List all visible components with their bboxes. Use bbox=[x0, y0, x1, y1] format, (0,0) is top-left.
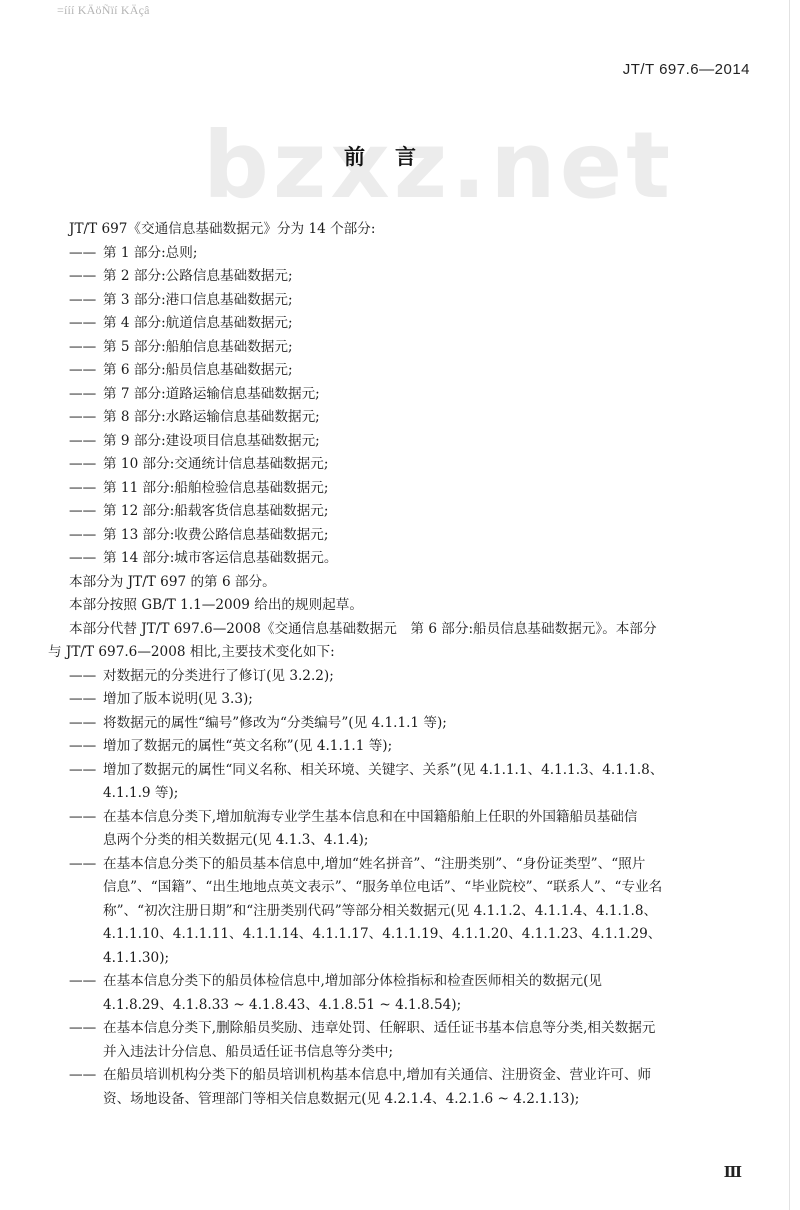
part-label: 第 6 部分:船员信息基础数据元; bbox=[103, 362, 293, 378]
scan-header-garble: =ííí KÄöÑïí KÄçâ bbox=[57, 3, 150, 18]
part-label: 第 3 部分:港口信息基础数据元; bbox=[103, 292, 293, 308]
em-dash-bullet: —— bbox=[69, 547, 103, 571]
change-text: 4.1.1.30); bbox=[103, 950, 169, 966]
change-text: 在基本信息分类下的船员体检信息中,增加部分体检指标和检查医师相关的数据元(见 bbox=[103, 973, 602, 989]
change-list-item: ——在基本信息分类下,增加航海专业学生基本信息和在中国籍船舶上任职的外国籍船员基… bbox=[69, 806, 749, 830]
em-dash-bullet: —— bbox=[69, 242, 103, 266]
change-list-item: ——将数据元的属性“编号”修改为“分类编号”(见 4.1.1.1 等); bbox=[69, 712, 749, 736]
part-list-item: ——第 3 部分:港口信息基础数据元; bbox=[69, 289, 749, 313]
page-title: 前言 bbox=[0, 141, 790, 171]
em-dash-bullet: —— bbox=[69, 735, 103, 759]
replaces-statement-line2: 与 JT/T 697.6—2008 相比,主要技术变化如下: bbox=[48, 641, 749, 665]
document-body: JT/T 697《交通信息基础数据元》分为 14 个部分: ——第 1 部分:总… bbox=[69, 218, 749, 1111]
change-list-item-continuation: 4.1.1.30); bbox=[69, 947, 749, 971]
em-dash-bullet: —— bbox=[69, 1064, 103, 1088]
part-label: 第 8 部分:水路运输信息基础数据元; bbox=[103, 409, 320, 425]
replaces-statement-line1: 本部分代替 JT/T 697.6—2008《交通信息基础数据元 第 6 部分:船… bbox=[69, 618, 749, 642]
part-list-item: ——第 14 部分:城市客运信息基础数据元。 bbox=[69, 547, 749, 571]
change-text: 在基本信息分类下的船员基本信息中,增加“姓名拼音”、“注册类别”、“身份证类型”… bbox=[103, 856, 645, 872]
change-text: 4.1.8.29、4.1.8.33 ~ 4.1.8.43、4.1.8.51 ~ … bbox=[103, 997, 461, 1013]
change-list-item-continuation: 息两个分类的相关数据元(见 4.1.3、4.1.4); bbox=[69, 829, 749, 853]
em-dash-bullet: —— bbox=[69, 524, 103, 548]
change-text: 4.1.1.9 等); bbox=[103, 785, 178, 801]
em-dash-bullet: —— bbox=[69, 289, 103, 313]
change-list-item: ——在基本信息分类下,删除船员奖励、违章处罚、任解职、适任证书基本信息等分类,相… bbox=[69, 1017, 749, 1041]
change-list-item-continuation: 4.1.1.9 等); bbox=[69, 782, 749, 806]
part-list-item: ——第 7 部分:道路运输信息基础数据元; bbox=[69, 383, 749, 407]
change-list-item: ——在基本信息分类下的船员体检信息中,增加部分体检指标和检查医师相关的数据元(见 bbox=[69, 970, 749, 994]
change-list-item-continuation: 称”、“初次注册日期”和“注册类别代码”等部分相关数据元(见 4.1.1.2、4… bbox=[69, 900, 749, 924]
part-list-item: ——第 12 部分:船载客货信息基础数据元; bbox=[69, 500, 749, 524]
em-dash-bullet: —— bbox=[69, 312, 103, 336]
change-list-item-continuation: 4.1.8.29、4.1.8.33 ~ 4.1.8.43、4.1.8.51 ~ … bbox=[69, 994, 749, 1018]
change-list-item-continuation: 并入违法计分信息、船员适任证书信息等分类中; bbox=[69, 1041, 749, 1065]
change-list-item-continuation: 4.1.1.10、4.1.1.11、4.1.1.14、4.1.1.17、4.1.… bbox=[69, 923, 749, 947]
em-dash-bullet: —— bbox=[69, 406, 103, 430]
change-text: 资、场地设备、管理部门等相关信息数据元(见 4.2.1.4、4.2.1.6 ~ … bbox=[103, 1091, 579, 1107]
parts-list: ——第 1 部分:总则;——第 2 部分:公路信息基础数据元;——第 3 部分:… bbox=[69, 242, 749, 571]
change-list-item: ——增加了数据元的属性“同义名称、相关环境、关键字、关系”(见 4.1.1.1、… bbox=[69, 759, 749, 783]
em-dash-bullet: —— bbox=[69, 712, 103, 736]
intro-text: JT/T 697《交通信息基础数据元》分为 14 个部分: bbox=[69, 218, 749, 242]
part-label: 第 1 部分:总则; bbox=[103, 245, 197, 261]
change-text: 在基本信息分类下,删除船员奖励、违章处罚、任解职、适任证书基本信息等分类,相关数… bbox=[103, 1020, 655, 1036]
page-number: Ⅲ bbox=[724, 1163, 742, 1181]
part-label: 第 9 部分:建设项目信息基础数据元; bbox=[103, 433, 320, 449]
em-dash-bullet: —— bbox=[69, 970, 103, 994]
change-text: 增加了版本说明(见 3.3); bbox=[103, 691, 253, 707]
part-list-item: ——第 5 部分:船舶信息基础数据元; bbox=[69, 336, 749, 360]
part-label: 第 7 部分:道路运输信息基础数据元; bbox=[103, 386, 320, 402]
change-list-item-continuation: 信息”、“国籍”、“出生地地点英文表示”、“服务单位电话”、“毕业院校”、“联系… bbox=[69, 876, 749, 900]
change-list-item: ——增加了数据元的属性“英文名称”(见 4.1.1.1 等); bbox=[69, 735, 749, 759]
em-dash-bullet: —— bbox=[69, 383, 103, 407]
part-label: 第 2 部分:公路信息基础数据元; bbox=[103, 268, 293, 284]
em-dash-bullet: —— bbox=[69, 688, 103, 712]
part-list-item: ——第 1 部分:总则; bbox=[69, 242, 749, 266]
em-dash-bullet: —— bbox=[69, 477, 103, 501]
drafting-rule: 本部分按照 GB/T 1.1—2009 给出的规则起草。 bbox=[69, 594, 749, 618]
change-list-item: ——增加了版本说明(见 3.3); bbox=[69, 688, 749, 712]
change-text: 4.1.1.10、4.1.1.11、4.1.1.14、4.1.1.17、4.1.… bbox=[103, 926, 661, 942]
part-label: 第 4 部分:航道信息基础数据元; bbox=[103, 315, 293, 331]
document-code: JT/T 697.6—2014 bbox=[623, 61, 750, 78]
em-dash-bullet: —— bbox=[69, 359, 103, 383]
em-dash-bullet: —— bbox=[69, 665, 103, 689]
part-label: 第 11 部分:船舶检验信息基础数据元; bbox=[103, 480, 328, 496]
part-list-item: ——第 2 部分:公路信息基础数据元; bbox=[69, 265, 749, 289]
part-label: 第 13 部分:收费公路信息基础数据元; bbox=[103, 527, 328, 543]
em-dash-bullet: —— bbox=[69, 853, 103, 877]
part-list-item: ——第 10 部分:交通统计信息基础数据元; bbox=[69, 453, 749, 477]
change-list-item: ——在船员培训机构分类下的船员培训机构基本信息中,增加有关通信、注册资金、营业许… bbox=[69, 1064, 749, 1088]
part-list-item: ——第 13 部分:收费公路信息基础数据元; bbox=[69, 524, 749, 548]
em-dash-bullet: —— bbox=[69, 759, 103, 783]
part-label: 第 5 部分:船舶信息基础数据元; bbox=[103, 339, 293, 355]
em-dash-bullet: —— bbox=[69, 500, 103, 524]
part-label: 第 10 部分:交通统计信息基础数据元; bbox=[103, 456, 328, 472]
em-dash-bullet: —— bbox=[69, 453, 103, 477]
change-list-item: ——对数据元的分类进行了修订(见 3.2.2); bbox=[69, 665, 749, 689]
part-label: 第 14 部分:城市客运信息基础数据元。 bbox=[103, 550, 337, 566]
em-dash-bullet: —— bbox=[69, 1017, 103, 1041]
part-statement: 本部分为 JT/T 697 的第 6 部分。 bbox=[69, 571, 749, 595]
changes-list: ——对数据元的分类进行了修订(见 3.2.2);——增加了版本说明(见 3.3)… bbox=[69, 665, 749, 1112]
change-text: 增加了数据元的属性“英文名称”(见 4.1.1.1 等); bbox=[103, 738, 392, 754]
part-list-item: ——第 11 部分:船舶检验信息基础数据元; bbox=[69, 477, 749, 501]
part-list-item: ——第 9 部分:建设项目信息基础数据元; bbox=[69, 430, 749, 454]
change-text: 对数据元的分类进行了修订(见 3.2.2); bbox=[103, 668, 334, 684]
em-dash-bullet: —— bbox=[69, 265, 103, 289]
page-edge bbox=[789, 0, 800, 1210]
change-text: 称”、“初次注册日期”和“注册类别代码”等部分相关数据元(见 4.1.1.2、4… bbox=[103, 903, 657, 919]
change-text: 在基本信息分类下,增加航海专业学生基本信息和在中国籍船舶上任职的外国籍船员基础信 bbox=[103, 809, 637, 825]
em-dash-bullet: —— bbox=[69, 806, 103, 830]
change-text: 在船员培训机构分类下的船员培训机构基本信息中,增加有关通信、注册资金、营业许可、… bbox=[103, 1067, 651, 1083]
em-dash-bullet: —— bbox=[69, 430, 103, 454]
change-text: 增加了数据元的属性“同义名称、相关环境、关键字、关系”(见 4.1.1.1、4.… bbox=[103, 762, 663, 778]
change-text: 并入违法计分信息、船员适任证书信息等分类中; bbox=[103, 1044, 393, 1060]
part-list-item: ——第 4 部分:航道信息基础数据元; bbox=[69, 312, 749, 336]
part-list-item: ——第 6 部分:船员信息基础数据元; bbox=[69, 359, 749, 383]
change-list-item: ——在基本信息分类下的船员基本信息中,增加“姓名拼音”、“注册类别”、“身份证类… bbox=[69, 853, 749, 877]
em-dash-bullet: —— bbox=[69, 336, 103, 360]
change-text: 将数据元的属性“编号”修改为“分类编号”(见 4.1.1.1 等); bbox=[103, 715, 447, 731]
part-label: 第 12 部分:船载客货信息基础数据元; bbox=[103, 503, 328, 519]
part-list-item: ——第 8 部分:水路运输信息基础数据元; bbox=[69, 406, 749, 430]
change-text: 息两个分类的相关数据元(见 4.1.3、4.1.4); bbox=[103, 832, 368, 848]
change-list-item-continuation: 资、场地设备、管理部门等相关信息数据元(见 4.2.1.4、4.2.1.6 ~ … bbox=[69, 1088, 749, 1112]
change-text: 信息”、“国籍”、“出生地地点英文表示”、“服务单位电话”、“毕业院校”、“联系… bbox=[103, 879, 662, 895]
